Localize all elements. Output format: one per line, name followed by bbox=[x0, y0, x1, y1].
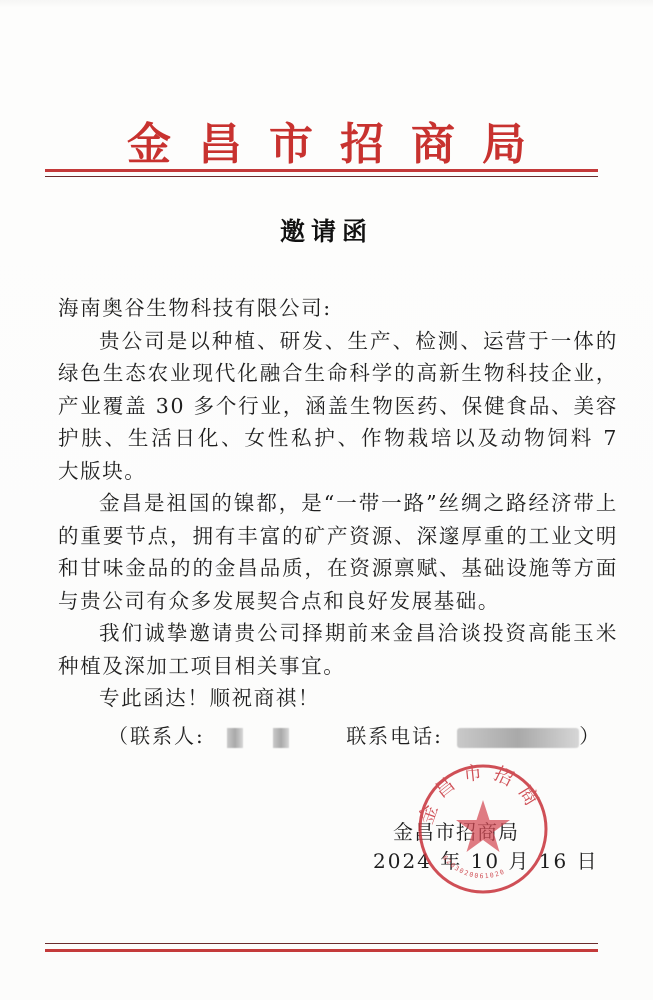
contact-open-paren: （ bbox=[108, 724, 130, 748]
redacted-name-part-2 bbox=[273, 728, 289, 748]
salutation: 海南奥谷生物科技有限公司: bbox=[58, 292, 618, 325]
footer-rule-thick bbox=[45, 949, 598, 952]
footer-rule-thin bbox=[45, 943, 598, 944]
contact-phone-label: 联系电话: bbox=[346, 724, 443, 748]
contact-line: （联系人: 联系电话: ） bbox=[108, 720, 601, 749]
letterhead-rule-thick bbox=[45, 169, 598, 172]
document-page: 金昌市招商局 邀请函 海南奥谷生物科技有限公司: 贵公司是以种植、研发、生产、检… bbox=[0, 0, 653, 1000]
paragraph-invitation: 我们诚挚邀请贵公司择期前来金昌洽谈投资高能玉米种植及深加工项目相关事宜。 bbox=[58, 617, 618, 682]
letterhead-org-name: 金昌市招商局 bbox=[0, 108, 653, 172]
paragraph-jinchang-intro: 金昌是祖国的镍都，是“一带一路”丝绸之路经济带上的重要节点，拥有丰富的矿产资源、… bbox=[58, 487, 618, 617]
contact-person-label: 联系人: bbox=[130, 724, 205, 748]
redacted-name-part-1 bbox=[227, 728, 243, 748]
letterhead-rule-thin bbox=[45, 176, 598, 177]
signature-date: 2024 年 10 月 16 日 bbox=[373, 845, 599, 874]
paragraph-closing: 专此函达！顺祝商祺！ bbox=[58, 682, 618, 715]
paragraph-company-intro: 贵公司是以种植、研发、生产、检测、运营于一体的绿色生态农业现代化融合生命科学的高… bbox=[58, 325, 618, 488]
document-title: 邀请函 bbox=[0, 212, 653, 248]
letter-body: 海南奥谷生物科技有限公司: 贵公司是以种植、研发、生产、检测、运营于一体的绿色生… bbox=[58, 292, 618, 715]
contact-close-paren: ） bbox=[579, 724, 601, 748]
signature-org-name: 金昌市招商局 bbox=[393, 816, 519, 845]
redacted-phone bbox=[457, 728, 579, 748]
